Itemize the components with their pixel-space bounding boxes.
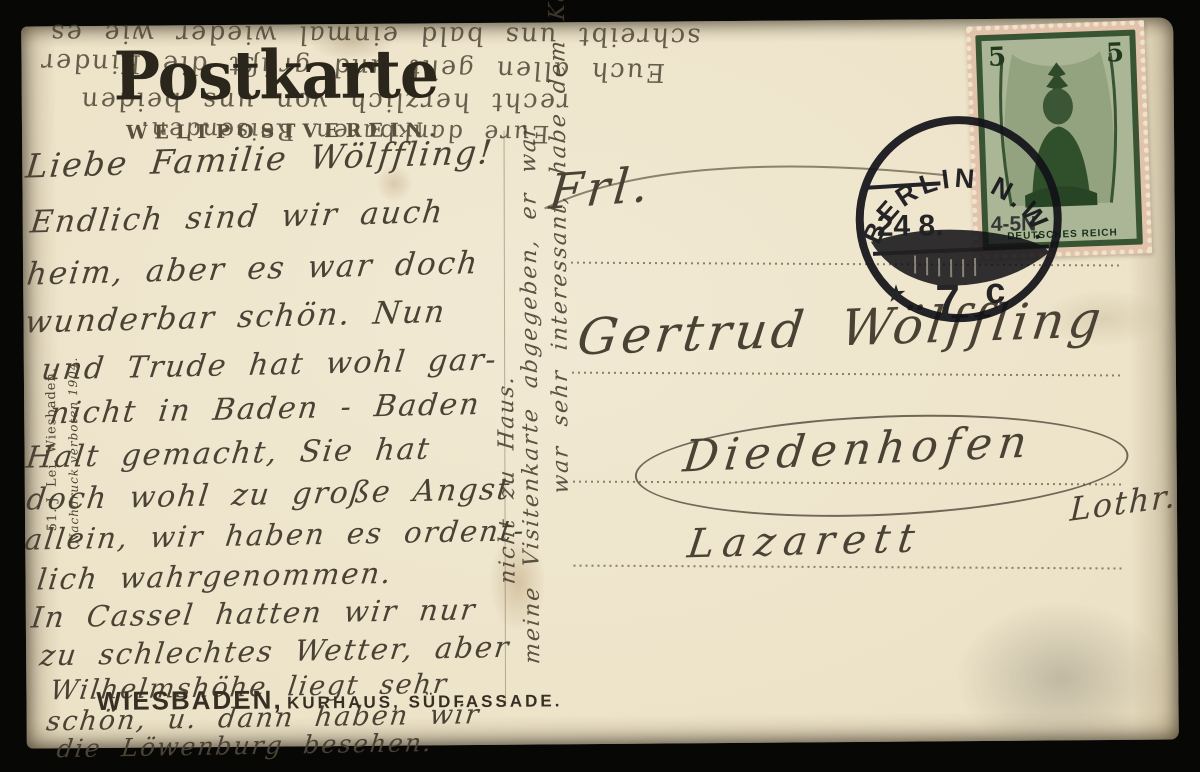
- caption: WIESBADEN, KURHAUS, SÜDFASSADE.: [96, 682, 562, 717]
- message-line: lich wahrgenommen.: [35, 556, 394, 597]
- message-line: nicht in Baden - Baden: [48, 387, 483, 431]
- postmark-time: 4-5N: [991, 213, 1037, 236]
- message-line: doch wohl zu große Angst: [25, 472, 513, 518]
- message-line: Liebe Familie Wölffling!: [24, 132, 496, 185]
- message-line: wunderbar schön. Nun: [23, 294, 448, 341]
- vertical-note: nicht zu Haus.: [494, 374, 521, 585]
- publisher-imprint: 51. J. Lei, Wiesbaden.: [44, 367, 60, 531]
- message-line: Halt gemacht, Sie hat: [24, 432, 433, 476]
- stamp-denomination-right: 5: [1105, 38, 1124, 69]
- caption-detail: KURHAUS, SÜDFASSADE.: [287, 691, 563, 712]
- address-line-dotted: [572, 372, 1124, 377]
- message-line: Endlich sind wir auch: [28, 194, 446, 241]
- destination-building: Lazarett: [685, 515, 925, 567]
- message-line: die Löwenburg besehen.: [55, 728, 435, 763]
- postmark-code-letter: c: [985, 270, 1005, 311]
- message-line: allein, wir haben es ordent-: [23, 513, 528, 556]
- postmark-code-number: 7: [935, 276, 960, 325]
- postcard-title: Postkarte: [113, 34, 438, 115]
- caption-city: WIESBADEN,: [96, 685, 282, 716]
- publisher-imprint: Nachdruck verboten 1904.: [66, 357, 81, 545]
- stamp-denomination-left: 5: [988, 42, 1007, 73]
- message-line: heim, aber es war doch: [25, 245, 481, 293]
- message-line: und Trude hat wohl gar-: [40, 342, 500, 387]
- vertical-note: war sehr interessant; habe dem Kaiser: [544, 0, 573, 495]
- postmark-star: ★: [885, 281, 907, 308]
- address-line-dotted: [573, 565, 1125, 570]
- postmark: BERLIN N.W. 24 8. 4-5N ★ 7 c: [842, 102, 1076, 336]
- message-line: In Cassel hatten wir nur: [30, 592, 479, 634]
- postmark-ink-blob: [871, 229, 1049, 286]
- scan-background: { "card": { "printed": { "title": "Postk…: [0, 0, 1200, 772]
- postcard: schreibt uns bald einmal wieder wie es E…: [21, 17, 1179, 748]
- message-line: zu schlechtes Wetter, aber: [38, 630, 512, 673]
